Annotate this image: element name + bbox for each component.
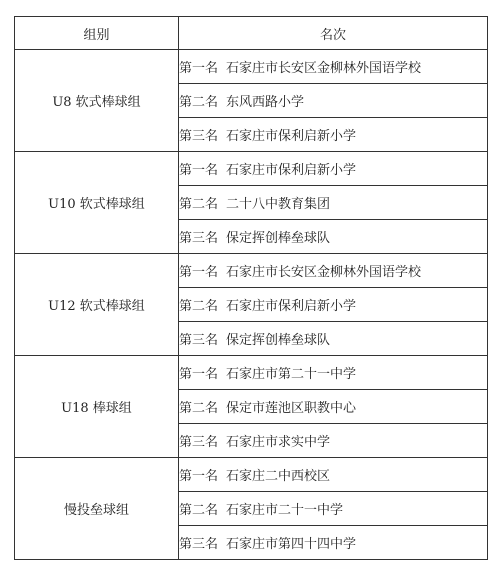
ranking-cell: 第二名保定市莲池区职教中心: [179, 390, 488, 424]
rank-label: 第一名: [179, 469, 218, 484]
team-name: 石家庄市第四十四中学: [226, 537, 356, 552]
group-name: U8 软式棒球组: [15, 50, 179, 152]
group-name: 慢投垒球组: [15, 458, 179, 560]
ranking-cell: 第一名石家庄市长安区金柳林外国语学校: [179, 50, 488, 84]
rank-label: 第一名: [179, 367, 218, 382]
ranking-cell: 第三名石家庄市第四十四中学: [179, 526, 488, 560]
team-name: 东风西路小学: [226, 95, 304, 110]
team-name: 二十八中教育集团: [226, 197, 330, 212]
ranking-cell: 第三名石家庄市保利启新小学: [179, 118, 488, 152]
header-row: 组别 名次: [15, 17, 488, 50]
ranking-cell: 第二名二十八中教育集团: [179, 186, 488, 220]
ranking-cell: 第一名石家庄市第二十一中学: [179, 356, 488, 390]
ranking-cell: 第三名保定挥创棒垒球队: [179, 322, 488, 356]
team-name: 石家庄市保利启新小学: [226, 129, 356, 144]
rank-label: 第三名: [179, 537, 218, 552]
team-name: 石家庄市第二十一中学: [226, 367, 356, 382]
rank-label: 第三名: [179, 435, 218, 450]
rank-label: 第三名: [179, 129, 218, 144]
ranking-cell: 第一名石家庄市长安区金柳林外国语学校: [179, 254, 488, 288]
table-row: U18 棒球组第一名石家庄市第二十一中学: [15, 356, 488, 390]
rank-label: 第一名: [179, 163, 218, 178]
group-name: U12 软式棒球组: [15, 254, 179, 356]
rank-label: 第二名: [179, 197, 218, 212]
team-name: 石家庄市长安区金柳林外国语学校: [226, 61, 421, 76]
rank-label: 第二名: [179, 95, 218, 110]
ranking-cell: 第二名石家庄市保利启新小学: [179, 288, 488, 322]
team-name: 石家庄市二十一中学: [226, 503, 343, 518]
table-row: 慢投垒球组第一名石家庄二中西校区: [15, 458, 488, 492]
rank-label: 第二名: [179, 299, 218, 314]
team-name: 石家庄市长安区金柳林外国语学校: [226, 265, 421, 280]
ranking-cell: 第一名石家庄市保利启新小学: [179, 152, 488, 186]
team-name: 保定挥创棒垒球队: [226, 333, 330, 348]
header-rank: 名次: [179, 17, 488, 50]
rank-label: 第一名: [179, 265, 218, 280]
team-name: 保定挥创棒垒球队: [226, 231, 330, 246]
group-name: U18 棒球组: [15, 356, 179, 458]
rank-label: 第二名: [179, 401, 218, 416]
rank-label: 第三名: [179, 231, 218, 246]
team-name: 保定市莲池区职教中心: [226, 401, 356, 416]
ranking-cell: 第二名石家庄市二十一中学: [179, 492, 488, 526]
rank-label: 第二名: [179, 503, 218, 518]
table-row: U8 软式棒球组第一名石家庄市长安区金柳林外国语学校: [15, 50, 488, 84]
results-table: 组别 名次 U8 软式棒球组第一名石家庄市长安区金柳林外国语学校第二名东风西路小…: [14, 16, 488, 560]
results-body: U8 软式棒球组第一名石家庄市长安区金柳林外国语学校第二名东风西路小学第三名石家…: [15, 50, 488, 560]
rank-label: 第三名: [179, 333, 218, 348]
team-name: 石家庄市保利启新小学: [226, 163, 356, 178]
team-name: 石家庄市求实中学: [226, 435, 330, 450]
ranking-cell: 第二名东风西路小学: [179, 84, 488, 118]
table-row: U12 软式棒球组第一名石家庄市长安区金柳林外国语学校: [15, 254, 488, 288]
table-row: U10 软式棒球组第一名石家庄市保利启新小学: [15, 152, 488, 186]
ranking-cell: 第一名石家庄二中西校区: [179, 458, 488, 492]
ranking-cell: 第三名石家庄市求实中学: [179, 424, 488, 458]
ranking-cell: 第三名保定挥创棒垒球队: [179, 220, 488, 254]
team-name: 石家庄市保利启新小学: [226, 299, 356, 314]
group-name: U10 软式棒球组: [15, 152, 179, 254]
team-name: 石家庄二中西校区: [226, 469, 330, 484]
rank-label: 第一名: [179, 61, 218, 76]
header-group: 组别: [15, 17, 179, 50]
